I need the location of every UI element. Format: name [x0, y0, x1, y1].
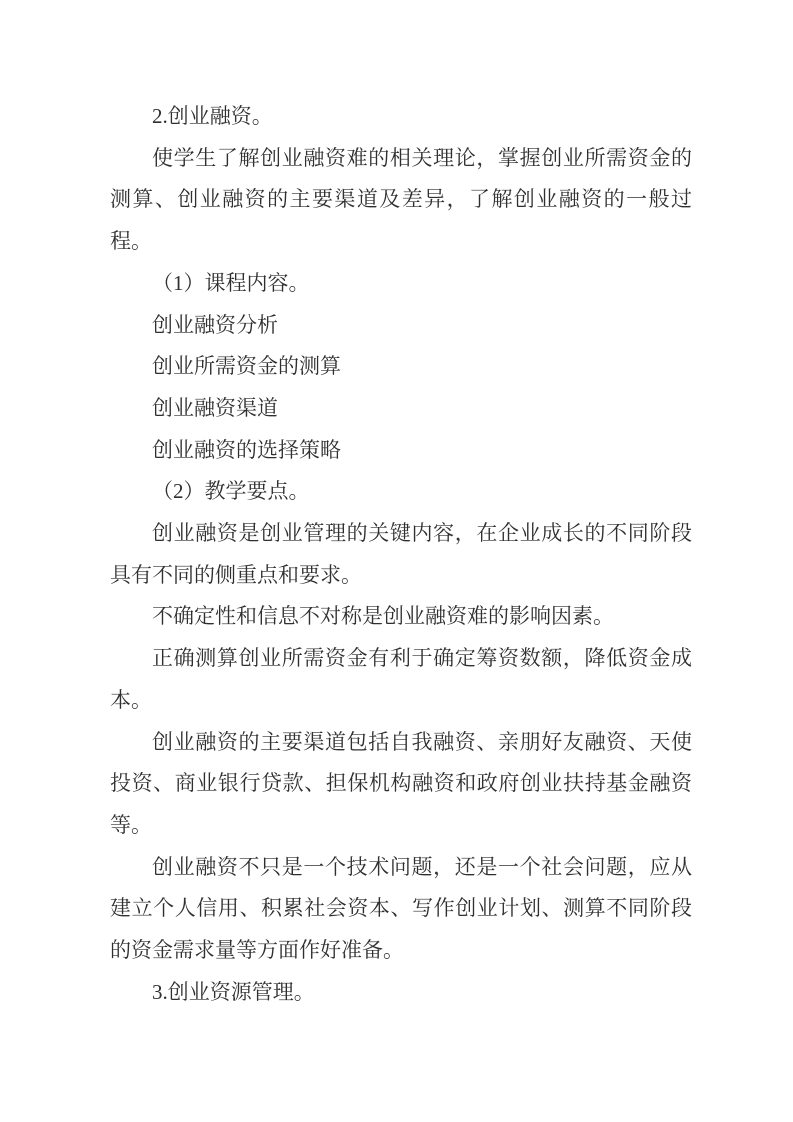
document-page: 2.创业融资。 使学生了解创业融资难的相关理论，掌握创业所需资金的测算、创业融资… — [0, 0, 793, 1122]
paragraph-course-item-3: 创业融资渠道 — [110, 388, 692, 430]
paragraph-teaching-point-2: 不确定性和信息不对称是创业融资难的影响因素。 — [110, 596, 692, 638]
paragraph-teaching-points-heading: （2）教学要点。 — [110, 471, 692, 513]
paragraph-course-item-1: 创业融资分析 — [110, 305, 692, 347]
paragraph-course-content-heading: （1）课程内容。 — [110, 263, 692, 305]
paragraph-teaching-point-3: 正确测算创业所需资金有利于确定筹资数额，降低资金成本。 — [110, 638, 692, 721]
paragraph-teaching-point-5: 创业融资不只是一个技术问题，还是一个社会问题，应从建立个人信用、积累社会资本、写… — [110, 847, 692, 972]
document-body: 2.创业融资。 使学生了解创业融资难的相关理论，掌握创业所需资金的测算、创业融资… — [110, 96, 692, 1013]
paragraph-section-3-heading: 3.创业资源管理。 — [110, 972, 692, 1014]
paragraph-course-item-4: 创业融资的选择策略 — [110, 430, 692, 472]
paragraph-section-2-intro: 使学生了解创业融资难的相关理论，掌握创业所需资金的测算、创业融资的主要渠道及差异… — [110, 138, 692, 263]
paragraph-teaching-point-4: 创业融资的主要渠道包括自我融资、亲朋好友融资、天使投资、商业银行贷款、担保机构融… — [110, 722, 692, 847]
paragraph-section-2-heading: 2.创业融资。 — [110, 96, 692, 138]
paragraph-teaching-point-1: 创业融资是创业管理的关键内容，在企业成长的不同阶段具有不同的侧重点和要求。 — [110, 513, 692, 596]
paragraph-course-item-2: 创业所需资金的测算 — [110, 346, 692, 388]
